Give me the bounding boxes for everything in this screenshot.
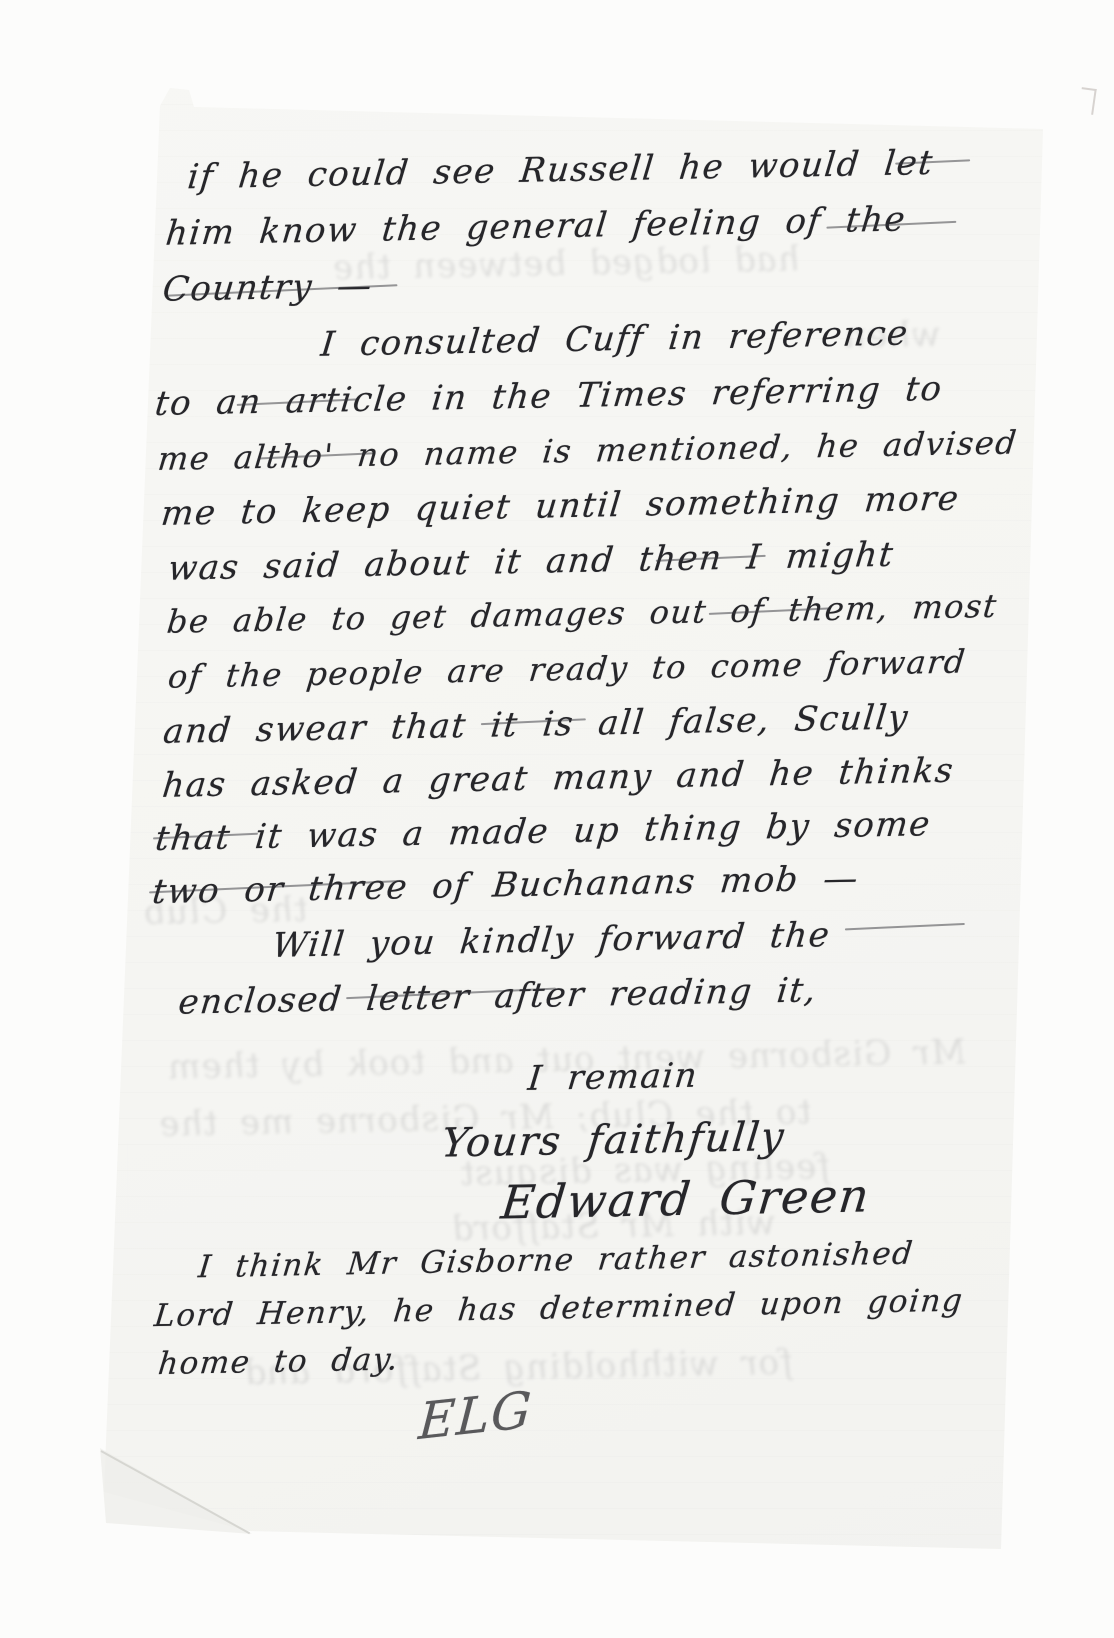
- pen-stroke-layer: [0, 0, 1114, 1638]
- pen-stroke: [895, 159, 970, 164]
- pen-stroke: [153, 833, 258, 840]
- pen-stroke: [481, 718, 586, 725]
- pencil-mark: [1078, 87, 1096, 115]
- letter-paper-sheet: had lodged between thewhenthe ClubMr Gis…: [0, 0, 1114, 1638]
- pen-stroke: [149, 880, 399, 893]
- pen-stroke: [826, 221, 956, 229]
- scanned-letter-page: had lodged between thewhenthe ClubMr Gis…: [0, 0, 1114, 1638]
- pen-stroke: [845, 923, 965, 930]
- pen-stroke: [346, 988, 556, 1000]
- pen-stroke: [237, 399, 357, 406]
- pen-stroke: [709, 607, 829, 614]
- pen-stroke: [656, 555, 766, 562]
- pen-stroke: [258, 452, 373, 459]
- pen-stroke: [168, 284, 398, 296]
